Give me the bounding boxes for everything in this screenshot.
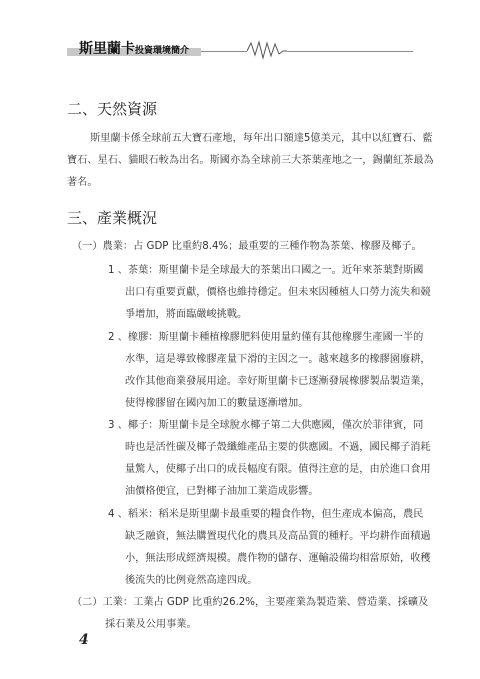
list-item-line: 量驚人，使椰子出口的成長幅度有限。值得注意的是，由於進口食用 xyxy=(125,463,431,477)
section-heading-natural-resources: 二、天然資源 xyxy=(67,98,157,119)
list-item-rice: 4 、稻米：稻米是斯里蘭卡最重要的糧食作物，但生產成本偏高，農民 xyxy=(108,508,423,522)
page-number: 4 xyxy=(79,632,89,648)
list-item-tea: 1 、茶葉：斯里蘭卡是全球最大的茶葉出口國之一。近年來茶葉對斯國 xyxy=(108,264,423,278)
paragraph-line: 寶石、星石、貓眼石較為出名。斯國亦為全球前三大茶葉產地之一，錫蘭紅茶最為 xyxy=(67,154,434,168)
list-item-line: 時也是活性碳及椰子殼纖維產品主要的供應國。不過，國民椰子消耗 xyxy=(125,441,431,455)
list-item-line: 爭增加，將面臨嚴峻挑戰。 xyxy=(125,308,247,322)
zigzag-ornament-icon xyxy=(247,40,287,62)
list-item-line: 後流失的比例竟然高達四成。 xyxy=(125,574,257,588)
header-title-sub: 投資環境簡介 xyxy=(135,46,189,56)
list-item-rubber: 2 、橡膠：斯里蘭卡種植橡膠肥料使用量約僅有其他橡膠生產國一半的 xyxy=(108,331,423,345)
list-item-coconut: 3 、椰子：斯里蘭卡是全球脫水椰子第二大供應國，僅次於菲律賓，同 xyxy=(108,419,423,433)
list-item-line: 水準，這是導致橡膠產量下滑的主因之一。越來越多的橡膠園廢耕， xyxy=(125,353,431,367)
list-item-line: 改作其他商業發展用途。幸好斯里蘭卡已逐漸發展橡膠製品製造業， xyxy=(125,375,431,389)
industry-line: 採石業及公用事業。 xyxy=(105,618,197,632)
list-item-line: 小，無法形成經濟規模。農作物的儲存、運輸設備均相當原始，收穫 xyxy=(125,552,431,566)
list-item-line: 出口有重要貢獻，價格也維持穩定。但未來因種植人口勞力流失和競 xyxy=(125,286,431,300)
paragraph-line: 著名。 xyxy=(67,176,98,190)
header-rule-left xyxy=(201,51,247,52)
running-header: 斯里蘭卡投資環境簡介 xyxy=(67,40,413,62)
paragraph-line: 斯里蘭卡係全球前五大寶石產地，每年出口額達5億美元，其中以紅寶石、藍 xyxy=(90,132,433,146)
industry-label: （二）工業：工業占 GDP 比重約26.2%，主要產業為製造業、營造業、採礦及 xyxy=(72,596,428,610)
list-item-line: 油價格便宜，已對椰子油加工業造成影響。 xyxy=(125,485,319,499)
agriculture-label: （一）農業：占 GDP 比重約8.4%；最重要的三種作物為茶葉、橡膠及椰子。 xyxy=(72,240,422,254)
header-rule-right xyxy=(287,51,413,52)
header-title: 斯里蘭卡投資環境簡介 xyxy=(79,40,189,60)
list-item-line: 缺乏融資，無法購置現代化的農具及高品質的種籽。平均耕作面積過 xyxy=(125,530,431,544)
section-heading-industry-overview: 三、產業概況 xyxy=(67,207,157,228)
list-item-line: 使得橡膠留在國內加工的數量逐漸增加。 xyxy=(125,397,308,411)
header-title-main: 斯里蘭卡 xyxy=(79,41,135,57)
